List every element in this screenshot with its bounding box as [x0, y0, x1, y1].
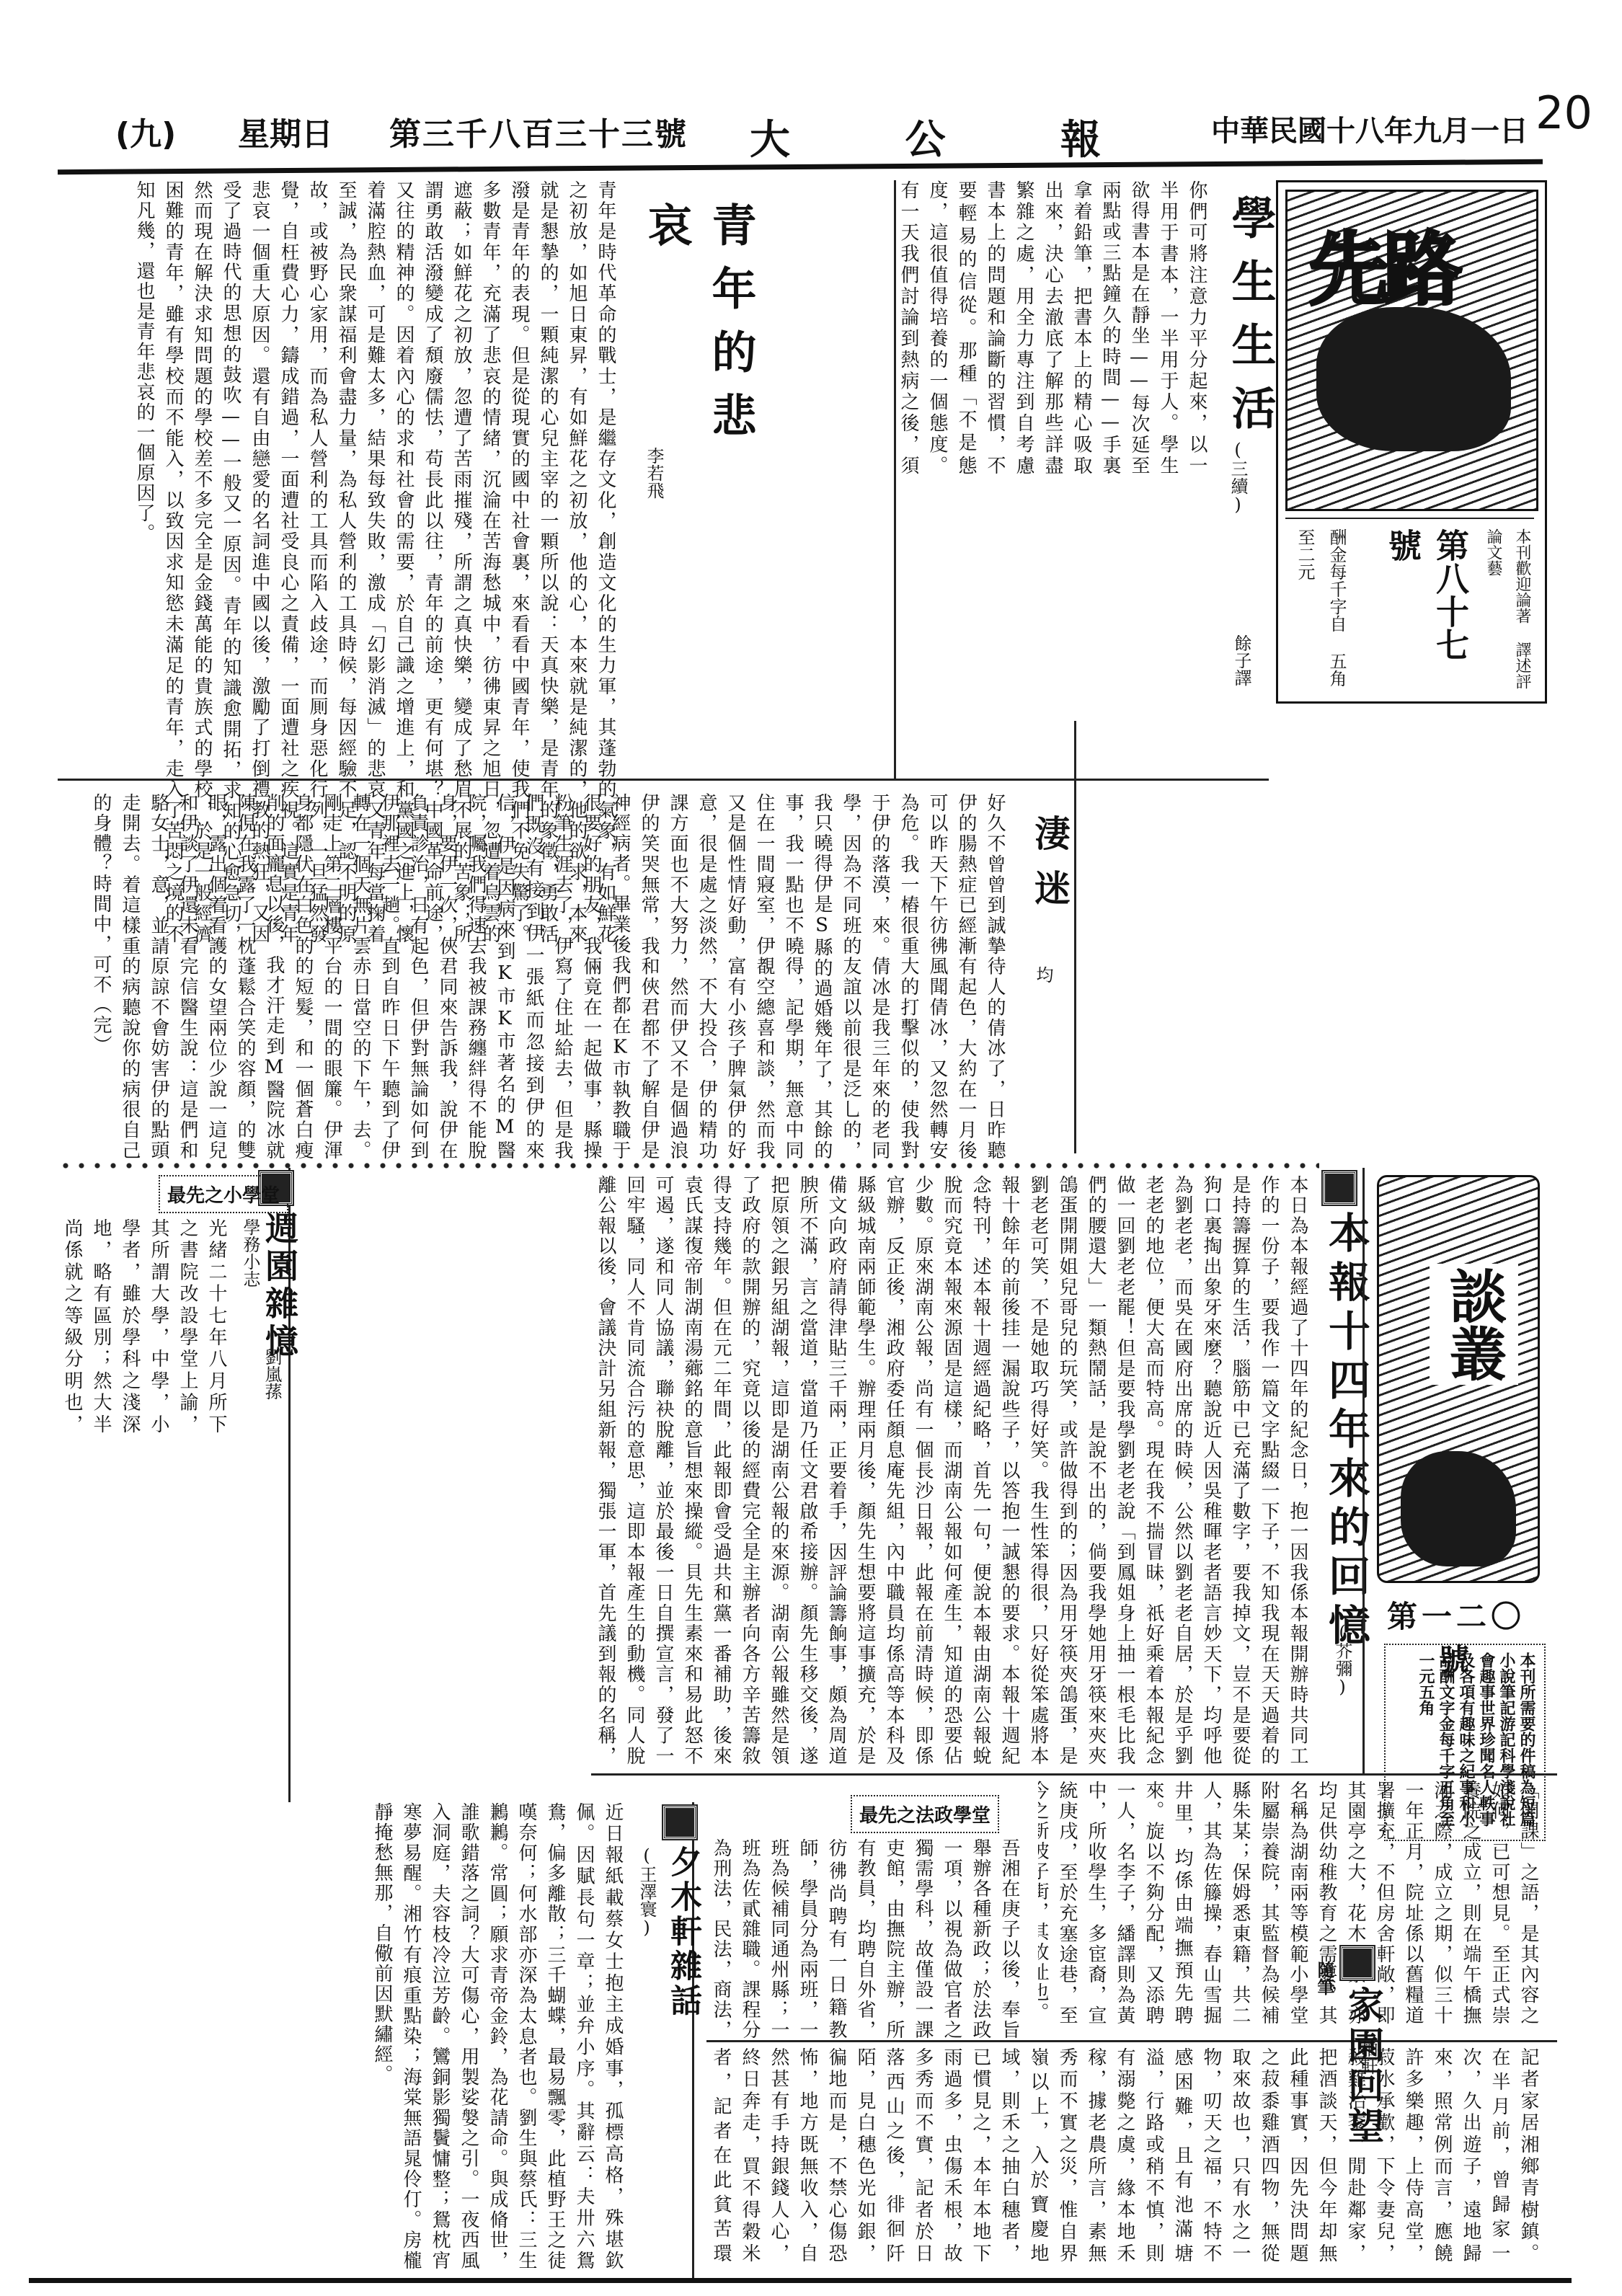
article-body-melancholy: 好久不曾曾到誠摯待人的倩冰了，日昨聽伊的腸熱症已經漸有起色，大約在一月後可以昨天…: [65, 793, 1009, 1161]
issue-number: 第三千八百三十三號: [389, 108, 688, 154]
handwritten-page-number: 20: [1535, 87, 1592, 139]
box-heading-primary-school: 最先之小學堂: [159, 1175, 288, 1213]
page-marker: (九): [115, 108, 176, 154]
article-author: (王澤寰): [634, 1845, 660, 1938]
article-author: 李若飛: [642, 447, 667, 499]
article-body-youth-advice: [1081, 721, 1550, 1139]
article-body-student-life: 你們可將注意力平分起來，以一半用于書本，一半用于人。學生欲得書本是在靜坐——每次…: [901, 180, 1211, 476]
article-author: (芥彌): [1330, 1622, 1355, 1697]
weekday: 星期日: [238, 108, 333, 154]
article-body-zhou-yuan-cont: [58, 1449, 577, 1795]
section-marker-icon: [663, 1806, 696, 1839]
section-marker-icon: [1341, 1946, 1374, 1980]
article-title-recollection: 本報十四年來的回憶: [1316, 1211, 1376, 1652]
article-author: 均: [1031, 966, 1056, 983]
date: 中華民國十八年九月一日: [1211, 108, 1528, 149]
article-body-home-garden: 記者家居湘鄉青樹鎮。在半月前，曾歸家一次，久出遊子，遠地歸來，照常例而言，應饒許…: [706, 2047, 1543, 2264]
box-heading-law-school: 最先之法政學堂: [851, 1795, 999, 1833]
talk-title: 談叢: [1430, 1264, 1518, 1385]
article-title-melancholy: 淒迷: [1024, 815, 1076, 924]
supplement-issue: 第八十七號: [1379, 528, 1474, 691]
article-subtitle: (三續): [1226, 440, 1251, 515]
ornamental-divider: [58, 1161, 1319, 1171]
article-body-zhou-yuan: 光緒二十七年八月所下之書院改設學堂上諭，其所謂大學，中學，小學者，雖於學科之淺深…: [58, 1218, 231, 1435]
supplement-box: 先路 本刊歡迎論著 譯述評論文藝 第八十七號 酬金每千字自 五角至二元: [1276, 180, 1547, 704]
talk-box: 談叢 第一二〇號 本刊所需要的件稿為短篇小說筆記游記科學淺說社會趣事世界珍聞名人…: [1370, 1168, 1550, 1766]
horse-rider-illustration: 先路: [1285, 190, 1538, 511]
article-body-law-school: 吾湘在庚子以後，奉旨舉辦各種新政；於法政一項，以視為做官者之獨需學科，故僅設一課…: [706, 1838, 1024, 2040]
section-marker-icon: [1323, 1171, 1356, 1205]
column-tag: 隨筆: [1312, 1961, 1337, 1995]
paper-name: 大 公 報: [750, 108, 1151, 166]
article-author: 劉嵐蓀: [260, 1348, 285, 1400]
article-body-kindergarten: 「開課」之語，是其內容之如何，已可想見。至正式崇養院之成立，則在端午橋撫湘之際，…: [1038, 1781, 1543, 2026]
masthead: (九) 星期日 第三千八百三十三號 大 公 報 中華民國十八年九月一日 20: [29, 108, 1593, 159]
article-title-xi-mu-xuan: 夕木軒雜話: [660, 1845, 706, 2018]
call-for-submissions: 本刊歡迎論著 譯述評論文藝: [1479, 528, 1536, 691]
payment-note: 酬金每千字自 五角至二元: [1289, 528, 1352, 691]
talk-illustration: 談叢: [1377, 1175, 1540, 1583]
bottom-rule: [29, 2278, 1572, 2283]
article-body-xi-mu-xuan: 近日報紙載蔡女士抱主成婚事，孤標高格，殊堪欽佩。因賦長句一章；並弁小序。其辭云：…: [288, 1802, 627, 2271]
article-subheading: 學務小志: [238, 1218, 263, 1287]
article-body-recollection: 本日為本報經過了十四年的紀念日，抱一因我係本報開辦時共同工作的一份子，要我作一篇…: [591, 1175, 1312, 1766]
supplement-title: 先路: [1309, 206, 1456, 320]
